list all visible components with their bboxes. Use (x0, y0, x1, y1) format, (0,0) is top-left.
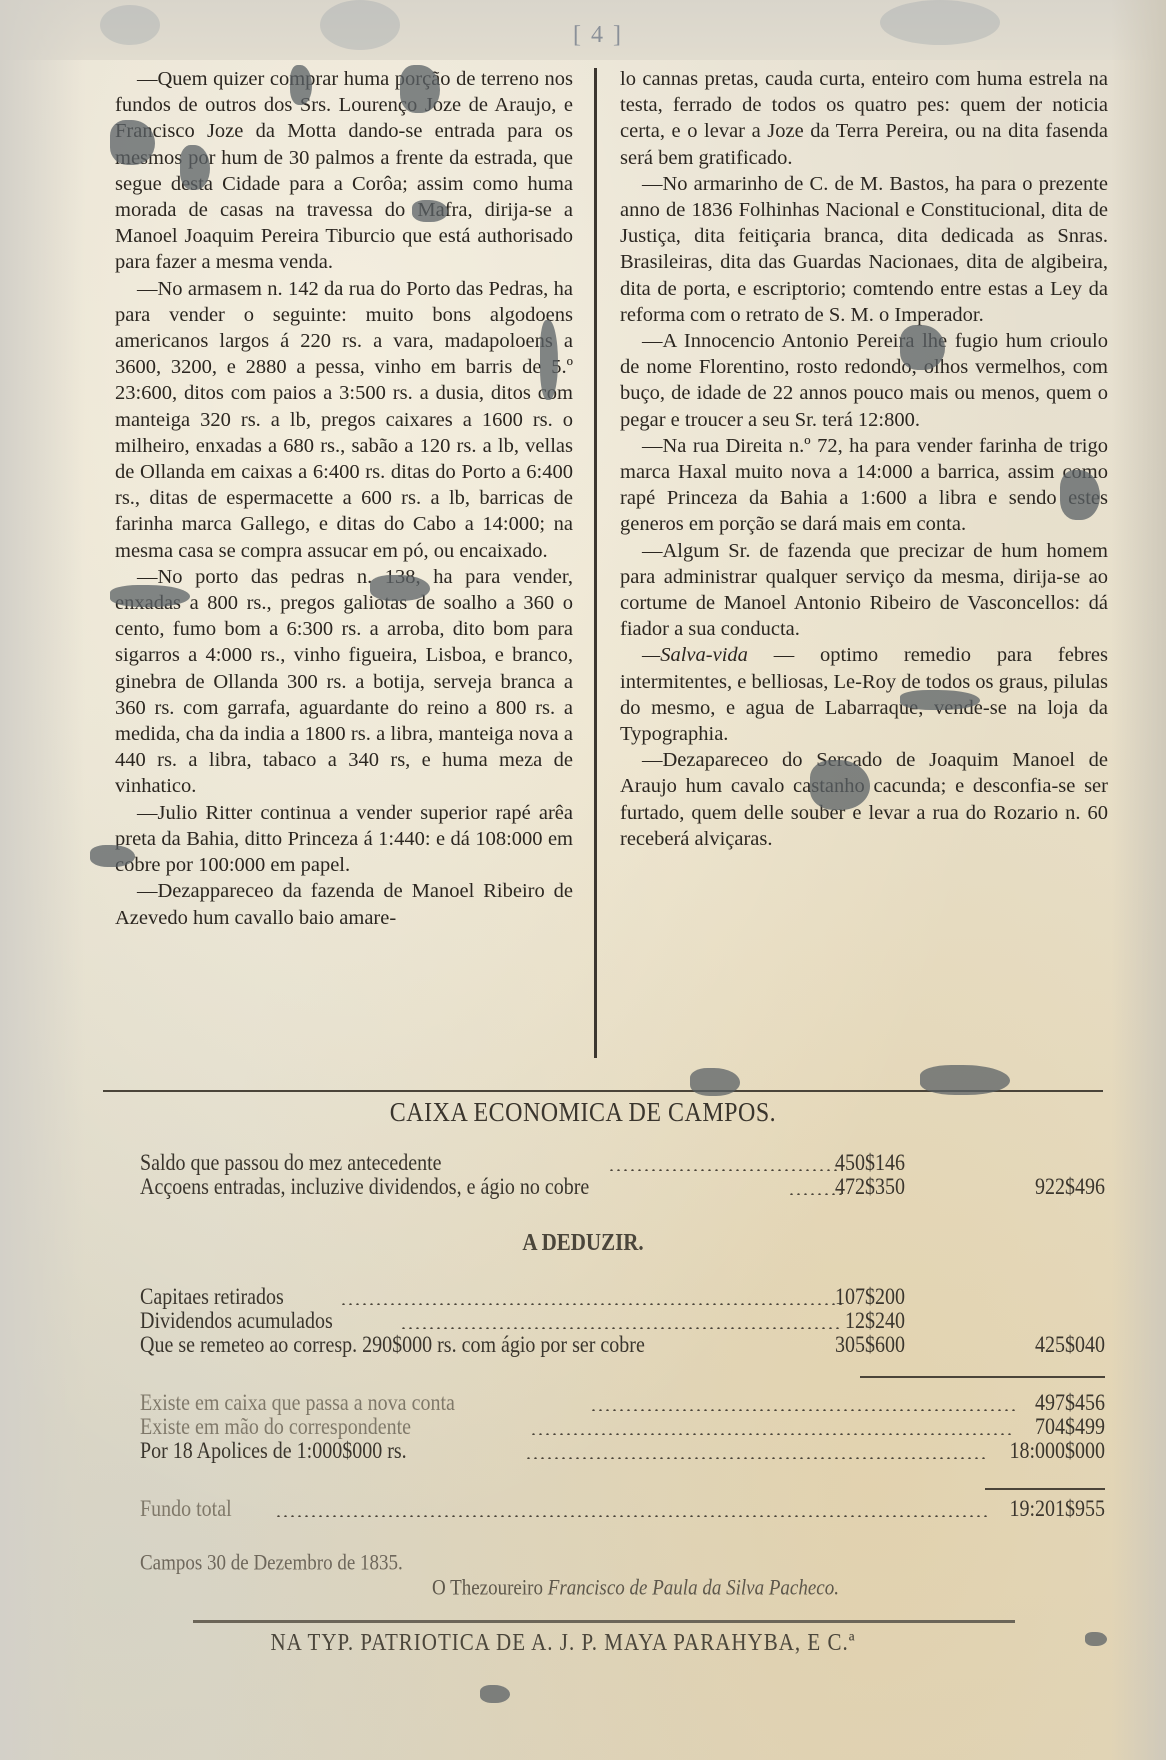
ad-rua-direita-72: —Na rua Direita n.º 72, ha para vender f… (620, 433, 1108, 538)
ledger-entradas: Saldo que passou do mez antecedente 450$… (140, 1152, 1105, 1200)
ad-crioulo-fugido: —A Innocencio Antonio Pereira lhe fugio … (620, 328, 1108, 433)
caixa-economica-title: CAIXA ECONOMICA DE CAMPOS. (0, 1098, 1166, 1129)
ad-armarinho-bastos: —No armarinho de C. de M. Bastos, ha par… (620, 171, 1108, 328)
column-divider (594, 68, 597, 1058)
ledger-deducoes: Capitaes retirados 107$200 Dividendos ac… (140, 1286, 1105, 1358)
ledger-row: Capitaes retirados 107$200 (140, 1286, 1105, 1310)
ledger-total: 425$040 (1035, 1332, 1105, 1359)
ad-cavallo-baio-continued: lo cannas pretas, cauda curta, enteiro c… (620, 66, 1108, 171)
water-stain (320, 0, 400, 50)
leader-dots (275, 1515, 987, 1517)
leader-dots (400, 1327, 843, 1329)
printer-rule (193, 1620, 1015, 1623)
ad-cavallo-baio-start: —Dezappareceo da fazenda de Manoel Ribei… (115, 878, 573, 930)
printer-imprint: NA TYP. PATRIOTICA DE A. J. P. MAYA PARA… (0, 1628, 1166, 1657)
ink-blot (900, 325, 945, 370)
ledger-row: Por 18 Apolices de 1:000$000 rs. 18:000$… (140, 1440, 1105, 1464)
ink-blot (370, 575, 430, 601)
ink-blot (400, 65, 440, 113)
signature-name: Francisco de Paula da Silva Pacheco. (548, 1576, 839, 1600)
ledger-label: Fundo total (140, 1496, 232, 1523)
ad-armasem-142: —No armasem n. 142 da rua do Porto das P… (115, 276, 573, 564)
ledger-row: Que se remeteo ao corresp. 290$000 rs. c… (140, 1334, 1105, 1358)
treasurer-signature: O Thezoureiro Francisco de Paula da Silv… (432, 1576, 839, 1601)
date-line: Campos 30 de Dezembro de 1835. (140, 1551, 403, 1576)
ink-blot (110, 120, 155, 165)
ledger-existencias: Existe em caixa que passa a nova conta 4… (140, 1392, 1105, 1464)
newspaper-page: [ 4 ] —Quem quizer comprar huma porção d… (0, 0, 1166, 1760)
ink-blot (480, 1685, 510, 1703)
ledger-total: 922$496 (1035, 1174, 1105, 1201)
ledger-row: Existe em mão do correspondente 704$499 (140, 1416, 1105, 1440)
ledger-row: Acçoens entradas, incluzive dividendos, … (140, 1176, 1105, 1200)
salva-vida-lead: —Salva-vida (642, 644, 748, 666)
ledger-amount: 472$350 (835, 1174, 905, 1201)
leader-dots (608, 1169, 843, 1171)
left-column: —Quem quizer comprar huma porção de terr… (115, 66, 573, 931)
right-column: lo cannas pretas, cauda curta, enteiro c… (620, 66, 1108, 852)
ledger-row: Fundo total 19:201$955 (140, 1498, 1105, 1522)
ink-blot (690, 1068, 740, 1096)
water-stain (100, 5, 160, 45)
ink-blot (180, 145, 210, 190)
page-number: [ 4 ] (568, 22, 628, 49)
ink-blot (1085, 1632, 1107, 1646)
ink-blot (110, 585, 190, 607)
ledger-label: Que se remeteo ao corresp. 290$000 rs. c… (140, 1332, 645, 1359)
subtotal-rule (860, 1376, 1105, 1378)
ink-blot (540, 320, 558, 400)
ledger-row: Existe em caixa que passa a nova conta 4… (140, 1392, 1105, 1416)
scan-border-left (0, 0, 85, 1760)
leader-dots (530, 1433, 1015, 1435)
leader-dots (590, 1409, 1015, 1411)
ledger-label: Por 18 Apolices de 1:000$000 rs. (140, 1438, 407, 1465)
signature-prefix: O Thezoureiro (432, 1576, 548, 1600)
total-rule (985, 1488, 1105, 1490)
ad-salva-vida: —Salva-vida — optimo remedio para febres… (620, 642, 1108, 747)
ad-administrador: —Algum Sr. de fazenda que precizar de hu… (620, 538, 1108, 643)
ink-blot (412, 200, 448, 222)
scan-border-right (1111, 0, 1166, 1760)
ink-blot (1060, 470, 1100, 520)
leader-dots (340, 1303, 843, 1305)
ledger-row: Dividendos acumulados 12$240 (140, 1310, 1105, 1334)
ink-blot (290, 65, 312, 105)
ledger-label: Acçoens entradas, incluzive dividendos, … (140, 1174, 589, 1201)
leader-dots (525, 1457, 987, 1459)
water-stain (880, 0, 1000, 45)
ledger-amount: 305$600 (835, 1332, 905, 1359)
a-deduzir-heading: A DEDUZIR. (0, 1228, 1166, 1257)
ink-blot (90, 845, 135, 867)
ledger-amount: 18:000$000 (1009, 1438, 1105, 1465)
ledger-row: Saldo que passou do mez antecedente 450$… (140, 1152, 1105, 1176)
ledger-fundo-total: Fundo total 19:201$955 (140, 1498, 1105, 1522)
ledger-amount: 19:201$955 (1009, 1496, 1105, 1523)
ink-blot (810, 760, 870, 810)
ink-blot (900, 690, 980, 710)
ink-blot (920, 1065, 1010, 1095)
ad-julio-ritter: —Julio Ritter continua a vender superior… (115, 800, 573, 879)
